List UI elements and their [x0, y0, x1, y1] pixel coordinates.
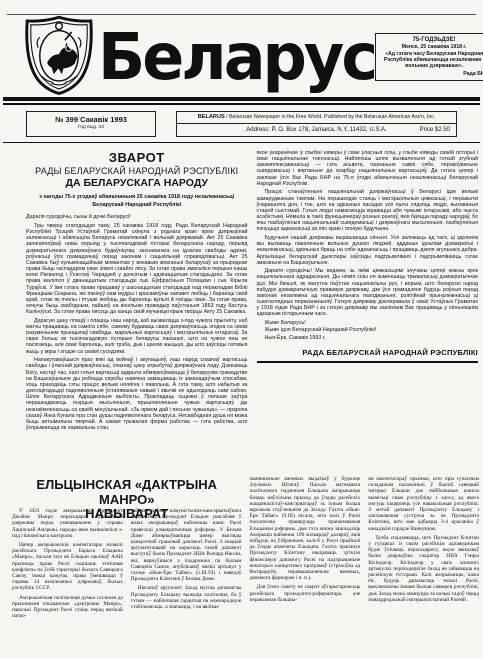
article-paragraph: Цяпер амэрыканскія камэнтатары назвалі р… — [12, 542, 123, 592]
main-headline-line2: РАДЫ БЕЛАРУСКАЙ НАРОДНАЙ РЭСПУБЛІКІ — [26, 166, 248, 176]
article-paragraph: Будучыня нашай дзяржавы вырашаецца сёньн… — [257, 235, 479, 266]
address-line: Address: P. O. Box 178, Jamaica, N.Y. 11… — [177, 124, 456, 136]
issue-box: № 399 Сакавік 1993 Год выд. 43 — [26, 111, 156, 137]
second-article-column-3: зьмяншэньне ваенных выдаткаў у буджэце З… — [250, 476, 361, 658]
article-paragraph: Тры чверці стагодзьдзя таму, 25 сакавіка… — [26, 223, 248, 315]
anniversary-box: 75-ГОДЗЬДЗЕ! Менск, 25 сакавіка 1918 г. … — [375, 33, 483, 81]
main-article-column-1: ЗВАРОТ РАДЫ БЕЛАРУСКАЙ НАРОДНАЙ РЭСПУБЛІ… — [26, 150, 248, 468]
second-article-column-4: ня камэнтатараў прызнае, што пры сучасны… — [368, 476, 479, 658]
second-headline-line1: ЕЛЬЦЫНСКАЯ «ДАКТРЫНА МАНРО» — [36, 477, 217, 507]
price-text: Price $2.50 — [420, 127, 450, 133]
main-subtitle-line1: з нагоды 75-х угодкаў абвяшчаньня 25 сак… — [26, 194, 248, 200]
second-article-headline: ЕЛЬЦЫНСКАЯ «ДАКТРЫНА МАНРО» НАВЫВАРАТ — [12, 476, 242, 508]
tagline-en: / Belarusan Newspaper in the Free World.… — [225, 114, 436, 120]
article-paragraph: Напакутаваўшыся праз вякі ад войнаў і ак… — [26, 357, 248, 431]
article-paragraph: Трэба спадзявацца, што Прэзыдэнт Клінтан… — [368, 535, 479, 603]
article-paragraph: Дарагія суродзічы! Мы ведаем, зь якімі ц… — [257, 268, 479, 317]
article-paragraph: Працэс станаўленьня нацыянальнай дзяржаў… — [257, 189, 479, 232]
article-paragraph: зьмяншэньне ваенных выдаткаў у буджэце З… — [250, 476, 361, 581]
masthead: Беларус 75-ГОДЗЬДЗЕ! Менск, 25 сакавіка … — [0, 15, 483, 97]
issue-bar: № 399 Сакавік 1993 Год выд. 43 BELARUS /… — [26, 111, 457, 137]
issue-number: № 399 Сакавік 1993 — [27, 115, 155, 124]
article-paragraph: Ніксанаў аргумэнт: Захад мусіць дапамагч… — [131, 585, 242, 610]
main-article-column-2: якое ўкаранёнае ў глыбіні няверы ў свае … — [257, 150, 479, 468]
article-paragraph: Дарагую цану плаціў і плаціць наш народ,… — [26, 318, 248, 355]
second-article-column-2: зай яму з боку камуністычна-кансэрватыўн… — [131, 508, 242, 658]
main-subtitle-line2: Беларускай Народнай Рэспублікі — [26, 202, 248, 208]
issuebar-bottom-rule — [3, 142, 480, 144]
newspaper-title: Беларус — [98, 17, 375, 96]
slogan-line: Жыве ідэя Беларускай Народнай Рэспублікі… — [257, 327, 479, 333]
masthead-rule-thin — [3, 103, 480, 105]
main-headline-line1: ЗВАРОТ — [26, 150, 248, 165]
article-paragraph: зай яму з боку камуністычна-кансэрватыўн… — [131, 508, 242, 582]
edition-year: Год выд. 43 — [27, 125, 155, 130]
pahonia-crest-icon — [22, 15, 98, 100]
slogan-line: Жыве Беларусь! — [257, 320, 479, 326]
salutation: Дарагія суродзічы, сыны й дочкі Беларусі… — [26, 214, 248, 220]
publisher-info-box: BELARUS / Belarusan Newspaper in the Fre… — [176, 111, 457, 137]
article-paragraph: Амэрыканская палітычная думка схільная д… — [12, 595, 123, 620]
address-text: Address: P. O. Box 178, Jamaica, N.Y. 11… — [246, 127, 386, 133]
rada-signature: РАДА БЕЛАРУСКАЙ НАРОДНАЙ РЭСПУБЛІКІ — [257, 348, 479, 357]
second-article: ЕЛЬЦЫНСКАЯ «ДАКТРЫНА МАНРО» НАВЫВАРАТ У … — [12, 476, 479, 658]
anniversary-signature: Рада БНР — [380, 71, 483, 77]
signature-rule — [257, 361, 479, 363]
article-paragraph: Для ўсяго сьвету не сакрэт аўтарытарнась… — [250, 584, 361, 603]
main-headline-line3: ДА БЕЛАРУСКАГА НАРОДУ — [26, 177, 248, 189]
newspaper-front-page: Беларус 75-ГОДЗЬДЗЕ! Менск, 25 сакавіка … — [0, 0, 483, 658]
paper-name-en: BELARUS — [198, 114, 225, 120]
publisher-line: BELARUS / Belarusan Newspaper in the Fre… — [177, 112, 456, 124]
article-paragraph: У 1823 годзе амэрыканскі Прэзыдэнт Джэйм… — [12, 508, 123, 539]
article-paragraph: ня камэнтатараў прызнае, што пры сучасны… — [368, 476, 479, 532]
anniversary-quote: «Ад гэтага часу Беларуская Народная Рэсп… — [380, 51, 483, 70]
second-article-column-1: У 1823 годзе амэрыканскі Прэзыдэнт Джэйм… — [12, 508, 123, 658]
article-dateline: Нью-Ёрк, Сакавік 1993 г. — [257, 335, 479, 341]
main-article: ЗВАРОТ РАДЫ БЕЛАРУСКАЙ НАРОДНАЙ РЭСПУБЛІ… — [26, 150, 478, 468]
anniversary-heading: 75-ГОДЗЬДЗЕ! — [380, 37, 483, 43]
article-paragraph: якое ўкаранёнае ў глыбіні няверы ў свае … — [257, 150, 479, 187]
